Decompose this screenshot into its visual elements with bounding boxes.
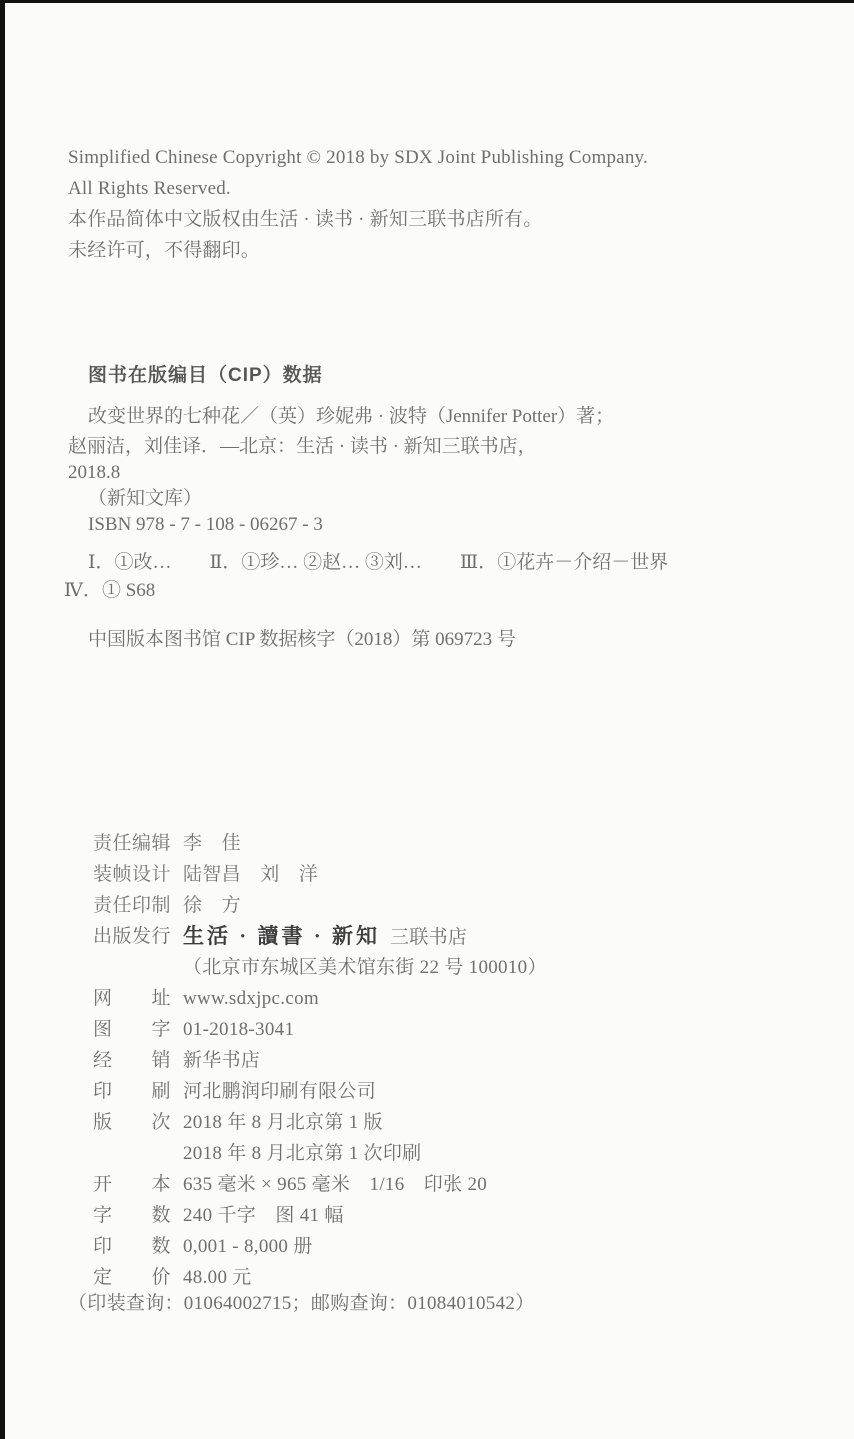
row-value: 徐 方 bbox=[183, 890, 241, 921]
colophon-row-word-count: 字 数 240 千字 图 41 幅 bbox=[93, 1200, 813, 1231]
cip-isbn: ISBN 978 - 7 - 108 - 06267 - 3 bbox=[68, 512, 788, 538]
row-value: 生活 · 讀書 · 新知三联书店 bbox=[183, 921, 467, 952]
cip-classification: Ⅰ．①改… Ⅱ．①珍… ②赵… ③刘… Ⅲ．①花卉－介绍－世界 Ⅳ．① S68 bbox=[64, 549, 824, 605]
cip-class-line2: Ⅳ．① S68 bbox=[64, 577, 824, 605]
scan-left-edge bbox=[0, 0, 5, 1439]
cip-pub-date: 2018.8 bbox=[68, 460, 788, 486]
colophon-row-editor: 责任编辑 李 佳 bbox=[93, 828, 813, 859]
copyright-cn-line1: 本作品简体中文版权由生活 · 读书 · 新知三联书店所有。 bbox=[68, 204, 788, 235]
row-value: 2018 年 8 月北京第 1 版 bbox=[183, 1107, 383, 1138]
publisher-name: 三联书店 bbox=[390, 927, 467, 948]
copyright-cn-line2: 未经许可，不得翻印。 bbox=[68, 235, 788, 266]
row-label: 出版发行 bbox=[93, 921, 183, 952]
cip-series: （新知文库） bbox=[68, 486, 788, 512]
cip-record-number: 中国版本图书馆 CIP 数据核字（2018）第 069723 号 bbox=[88, 624, 808, 651]
inquiry-phone-note: （印装查询：01064002715；邮购查询：01084010542） bbox=[68, 1288, 535, 1315]
colophon-row-printer: 印 刷 河北鹏润印刷有限公司 bbox=[93, 1076, 813, 1107]
cip-class-line1: Ⅰ．①改… Ⅱ．①珍… ②赵… ③刘… Ⅲ．①花卉－介绍－世界 bbox=[64, 549, 824, 577]
colophon-row-print-run: 印 数 0,001 - 8,000 册 bbox=[93, 1231, 813, 1262]
row-label: 装帧设计 bbox=[93, 859, 183, 890]
cip-title-author: 改变世界的七种花／（英）珍妮弗 · 波特（Jennifer Potter）著； bbox=[68, 404, 788, 430]
row-label bbox=[93, 1138, 183, 1169]
colophon-row-address: （北京市东城区美术馆东街 22 号 100010） bbox=[93, 952, 813, 983]
colophon-table: 责任编辑 李 佳 装帧设计 陆智昌 刘 洋 责任印制 徐 方 出版发行 生活 ·… bbox=[93, 828, 813, 1293]
row-value: 240 千字 图 41 幅 bbox=[183, 1200, 344, 1231]
row-value: 河北鹏润印刷有限公司 bbox=[183, 1076, 376, 1107]
row-label: 印 数 bbox=[93, 1231, 183, 1262]
row-value: 李 佳 bbox=[183, 828, 241, 859]
cip-heading: 图书在版编目（CIP）数据 bbox=[88, 360, 323, 387]
row-value: 新华书店 bbox=[183, 1045, 260, 1076]
row-label: 印 刷 bbox=[93, 1076, 183, 1107]
row-value: （北京市东城区美术馆东街 22 号 100010） bbox=[183, 952, 547, 983]
colophon-row-edition: 版 次 2018 年 8 月北京第 1 版 bbox=[93, 1107, 813, 1138]
cip-translator-publisher: 赵丽洁，刘佳译．—北京：生活 · 读书 · 新知三联书店， bbox=[68, 434, 788, 460]
colophon-row-format: 开 本 635 毫米 × 965 毫米 1/16 印张 20 bbox=[93, 1169, 813, 1200]
book-colophon-page: Simplified Chinese Copyright © 2018 by S… bbox=[0, 0, 854, 1439]
colophon-row-distributor: 经 销 新华书店 bbox=[93, 1045, 813, 1076]
row-label: 字 数 bbox=[93, 1200, 183, 1231]
row-value: 0,001 - 8,000 册 bbox=[183, 1231, 313, 1262]
colophon-row-license-number: 图 字 01-2018-3041 bbox=[93, 1014, 813, 1045]
row-value: www.sdxjpc.com bbox=[183, 983, 319, 1014]
row-value: 陆智昌 刘 洋 bbox=[183, 859, 318, 890]
row-label: 版 次 bbox=[93, 1107, 183, 1138]
row-label: 经 销 bbox=[93, 1045, 183, 1076]
colophon-row-designer: 装帧设计 陆智昌 刘 洋 bbox=[93, 859, 813, 890]
row-value: 2018 年 8 月北京第 1 次印刷 bbox=[183, 1138, 421, 1169]
row-label: 开 本 bbox=[93, 1169, 183, 1200]
scan-top-edge bbox=[0, 0, 854, 3]
row-label: 责任编辑 bbox=[93, 828, 183, 859]
row-label bbox=[93, 952, 183, 983]
cip-entry: 改变世界的七种花／（英）珍妮弗 · 波特（Jennifer Potter）著； … bbox=[68, 404, 788, 538]
row-value: 01-2018-3041 bbox=[183, 1014, 294, 1045]
colophon-row-website: 网 址 www.sdxjpc.com bbox=[93, 983, 813, 1014]
copyright-en-line2: All Rights Reserved. bbox=[68, 173, 788, 204]
row-label: 责任印制 bbox=[93, 890, 183, 921]
colophon-row-publisher: 出版发行 生活 · 讀書 · 新知三联书店 bbox=[93, 921, 813, 952]
colophon-row-print-supervisor: 责任印制 徐 方 bbox=[93, 890, 813, 921]
row-label: 网 址 bbox=[93, 983, 183, 1014]
copyright-notice: Simplified Chinese Copyright © 2018 by S… bbox=[68, 142, 788, 266]
colophon-row-printing: 2018 年 8 月北京第 1 次印刷 bbox=[93, 1138, 813, 1169]
publisher-logotype: 生活 · 讀書 · 新知 bbox=[183, 924, 380, 948]
row-value: 635 毫米 × 965 毫米 1/16 印张 20 bbox=[183, 1169, 487, 1200]
row-label: 图 字 bbox=[93, 1014, 183, 1045]
copyright-en-line1: Simplified Chinese Copyright © 2018 by S… bbox=[68, 142, 788, 173]
